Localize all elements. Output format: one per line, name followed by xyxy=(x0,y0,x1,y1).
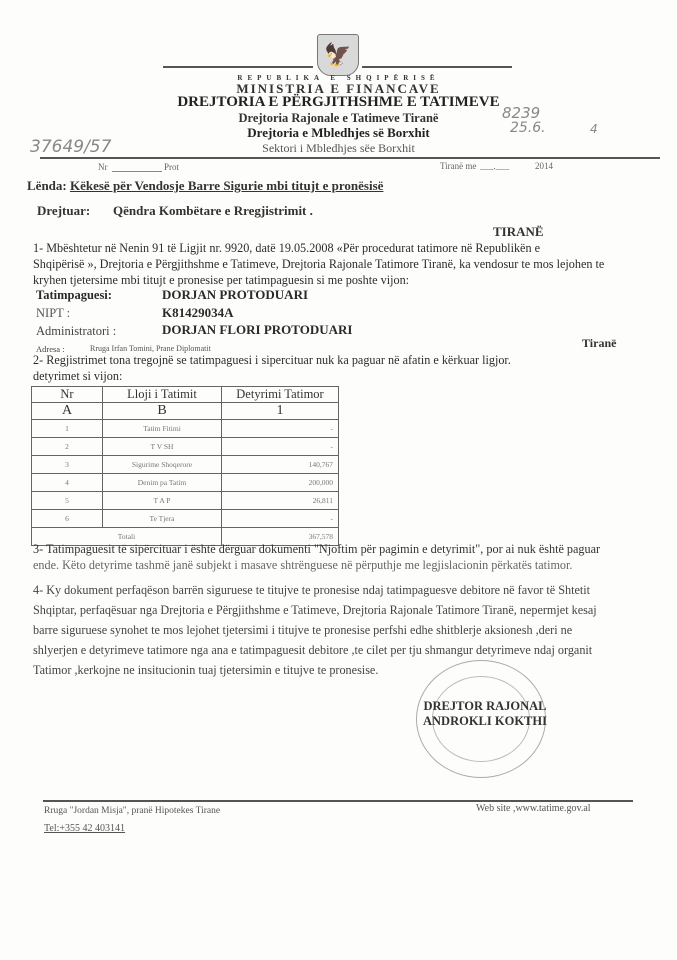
footer-address: Rruga "Jordan Misja", pranë Hipotekes Ti… xyxy=(44,806,220,816)
table-letter-row: A B 1 xyxy=(32,403,339,420)
nr-blank xyxy=(112,171,162,172)
table-row: 3 Sigurime Shoqerore 140,767 xyxy=(32,456,339,474)
paragraph-3-line-1: 3- Tatimpaguesit të sipërcituar i është … xyxy=(33,541,600,557)
header-rule-right xyxy=(362,66,512,68)
signer-name: ANDROKLI KOKTHI xyxy=(400,714,570,729)
eagle-emblem-icon: 🦅 xyxy=(317,34,359,76)
letter-1: 1 xyxy=(222,403,339,420)
signer-title: DREJTOR RAJONAL xyxy=(400,699,570,714)
row-amount: 26,811 xyxy=(222,492,339,510)
taxpayer-value: DORJAN PROTODUARI xyxy=(162,287,308,303)
table-header-row: Nr Lloji i Tatimit Detyrimi Tatimor xyxy=(32,387,339,403)
subject-text: Këkesë për Vendosje Barre Sigurie mbi ti… xyxy=(70,178,383,193)
date-blank: ___.___ xyxy=(480,161,509,171)
row-amount: 200,000 xyxy=(222,474,339,492)
row-amount: - xyxy=(222,438,339,456)
handwritten-extra: 4 xyxy=(590,122,598,136)
paragraph-1: 1- Mbështetur në Nenin 91 të Ligjit nr. … xyxy=(33,240,604,288)
row-nr: 4 xyxy=(32,474,103,492)
row-type: Te Tjera xyxy=(103,510,222,528)
paragraph-2: 2- Regjistrimet tona tregojnë se tatimpa… xyxy=(33,352,511,384)
row-type: T A P xyxy=(103,492,222,510)
column-header-type: Lloji i Tatimit xyxy=(103,387,222,403)
column-header-nr: Nr xyxy=(32,387,103,403)
row-nr: 3 xyxy=(32,456,103,474)
paragraph-3-line-2: ende. Këto detyrime tashmë janë subjekt … xyxy=(33,557,600,573)
row-nr: 2 xyxy=(32,438,103,456)
handwritten-protocol-number: 37649/57 xyxy=(30,137,111,157)
row-nr: 6 xyxy=(32,510,103,528)
administrator-label: Administratori : xyxy=(36,324,116,339)
paragraph-1-line-2: Shqipërisë », Drejtoria e Përgjithshme e… xyxy=(33,256,604,272)
row-amount: 140,767 xyxy=(222,456,339,474)
row-type: Sigurime Shoqerore xyxy=(103,456,222,474)
row-type: Tatim Fitimi xyxy=(103,420,222,438)
footer-website: Web site ,www.tatime.gov.al xyxy=(476,803,591,814)
row-type: Denim pa Tatim xyxy=(103,474,222,492)
paragraph-4-line-3: barre siguruese synohet te mos lejohet t… xyxy=(33,620,597,640)
addressee-value: Qëndra Kombëtare e Rregjistrimit . xyxy=(113,203,313,219)
address-city: Tiranë xyxy=(582,336,616,351)
row-nr: 1 xyxy=(32,420,103,438)
subject-line: Lënda: Këkesë për Vendosje Barre Sigurie… xyxy=(27,178,383,194)
subject-label: Lënda: xyxy=(27,178,67,193)
paragraph-2-line-1: 2- Regjistrimet tona tregojnë se tatimpa… xyxy=(33,352,511,368)
column-header-amount: Detyrimi Tatimor xyxy=(222,387,339,403)
table-row: 5 T A P 26,811 xyxy=(32,492,339,510)
table-row: 4 Denim pa Tatim 200,000 xyxy=(32,474,339,492)
paragraph-1-line-3: kryhen tjetersime mbi titujt e pronesise… xyxy=(33,272,604,288)
date-year: 2014 xyxy=(535,161,553,171)
paragraph-2-line-2: detyrimet si vijon: xyxy=(33,368,511,384)
header-rule-left xyxy=(163,66,313,68)
row-nr: 5 xyxy=(32,492,103,510)
table-row: 2 T V SH - xyxy=(32,438,339,456)
table-row: 1 Tatim Fitimi - xyxy=(32,420,339,438)
drejtoria-rajonale-heading: Drejtoria Rajonale e Tatimeve Tiranë xyxy=(0,111,677,126)
row-type: T V SH xyxy=(103,438,222,456)
administrator-value: DORJAN FLORI PROTODUARI xyxy=(162,322,352,338)
drejtoria-pergjithshme-heading: DREJTORIA E PËRGJITHSHME E TATIMEVE xyxy=(0,94,677,111)
paragraph-4-line-1: 4- Ky dokument perfaqëson barrën sigurue… xyxy=(33,580,597,600)
header-separator xyxy=(40,157,660,159)
paragraph-4: 4- Ky dokument perfaqëson barrën sigurue… xyxy=(33,580,597,680)
letter-b: B xyxy=(103,403,222,420)
prot-label: Prot xyxy=(164,162,179,172)
footer-rule xyxy=(43,800,633,802)
table-row: 6 Te Tjera - xyxy=(32,510,339,528)
paragraph-1-line-1: 1- Mbështetur në Nenin 91 të Ligjit nr. … xyxy=(33,240,604,256)
handwritten-date: 25.6. xyxy=(510,120,546,136)
addressee-city: TIRANË xyxy=(493,224,544,240)
taxpayer-label: Tatimpaguesi: xyxy=(36,288,112,303)
paragraph-3: 3- Tatimpaguesit të sipërcituar i është … xyxy=(33,541,600,573)
nr-label: Nr xyxy=(98,162,108,172)
footer-phone: Tel:+355 42 403141 xyxy=(44,823,125,834)
tax-obligations-table: Nr Lloji i Tatimit Detyrimi Tatimor A B … xyxy=(31,386,339,546)
addressee-label: Drejtuar: xyxy=(37,203,90,219)
row-amount: - xyxy=(222,510,339,528)
paragraph-4-line-2: Shqiptar, perfaqësuar nga Drejtoria e Pë… xyxy=(33,600,597,620)
date-label: Tiranë me xyxy=(440,161,476,171)
letter-a: A xyxy=(32,403,103,420)
nipt-value: K81429034A xyxy=(162,305,234,321)
paragraph-4-line-4: shlyerjen e detyrimeve tatimore nga ana … xyxy=(33,640,597,660)
row-amount: - xyxy=(222,420,339,438)
nipt-label: NIPT : xyxy=(36,306,70,321)
